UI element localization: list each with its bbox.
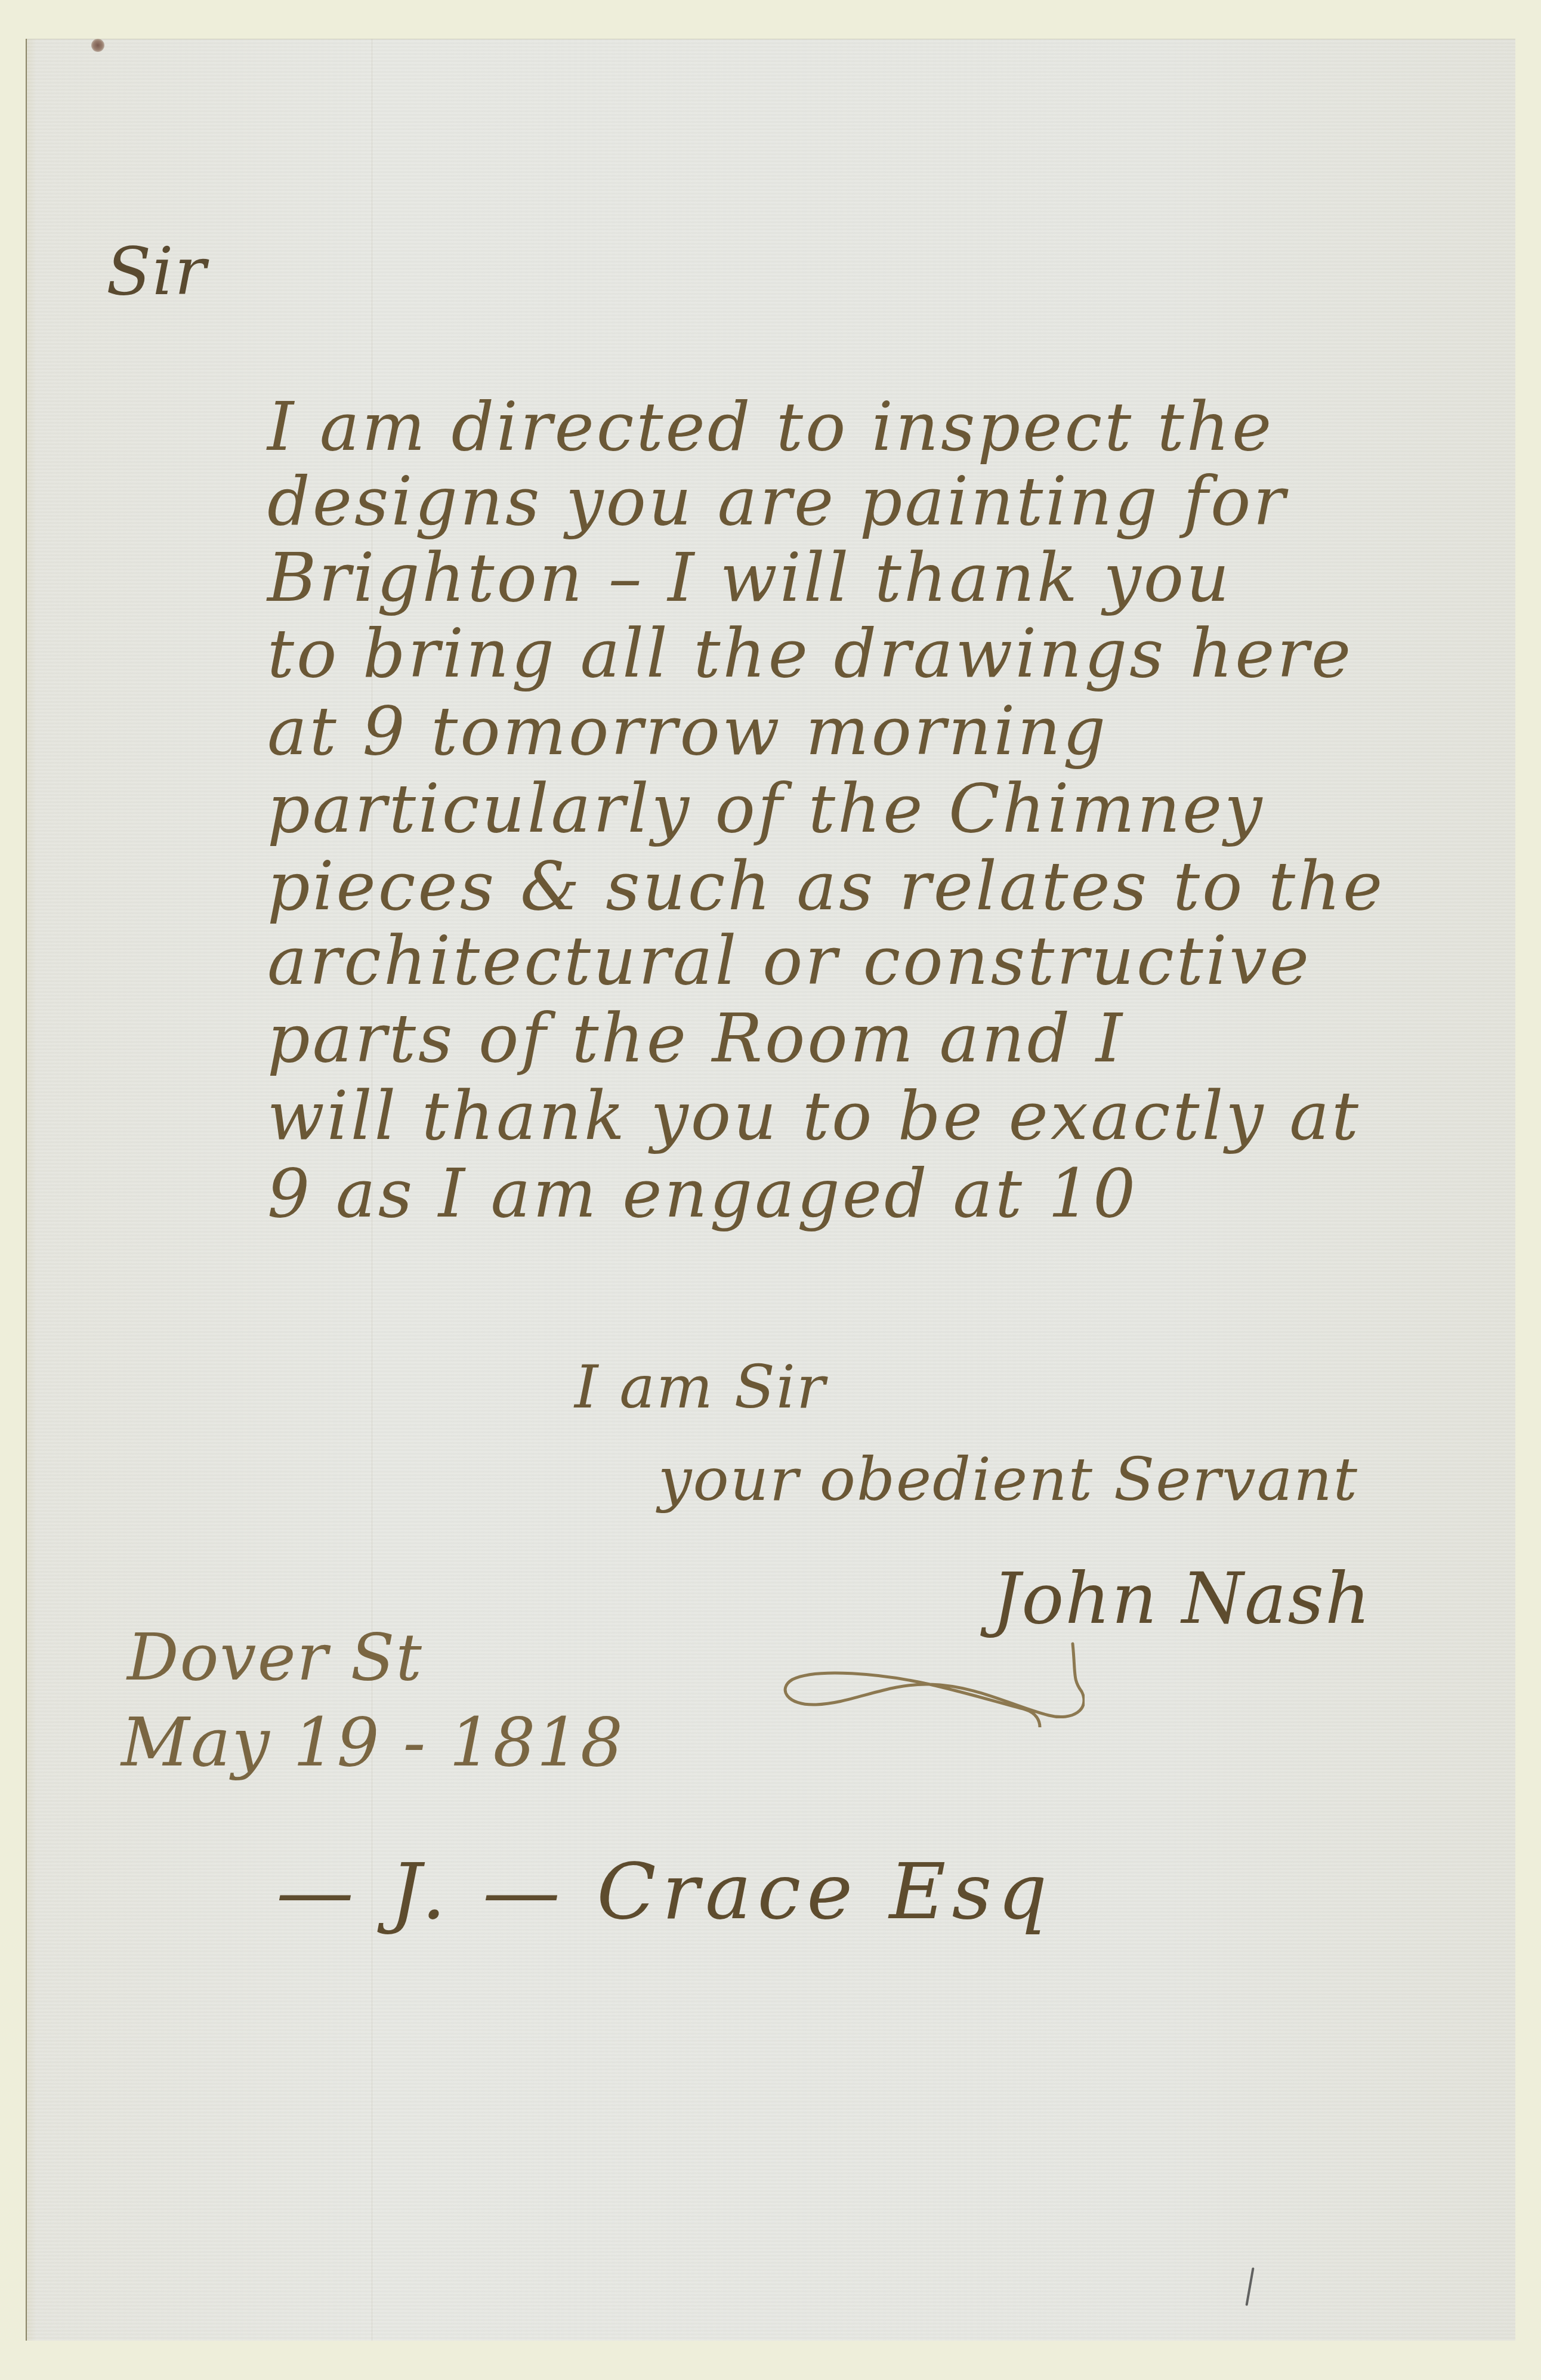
complimentary-close: your obedient Servant (658, 1450, 1358, 1510)
body-line-5: at 9 tomorrow morning (267, 698, 1108, 765)
body-line-7: pieces & such as relates to the (267, 853, 1385, 920)
body-line-11: 9 as I am engaged at 10 (267, 1160, 1138, 1227)
addressee: — J. — Crace Esq (276, 1853, 1053, 1930)
ink-stain-mark (91, 39, 104, 52)
salutation: Sir (106, 239, 207, 304)
place-of-writing: Dover St (127, 1626, 423, 1690)
body-line-2: designs you are painting for (267, 468, 1287, 535)
letter-date: May 19 - 1818 (121, 1709, 624, 1776)
letter-paper: Sir I am directed to inspect the designs… (26, 39, 1515, 2341)
body-line-8: architectural or constructive (267, 928, 1311, 995)
body-line-4: to bring all the drawings here (267, 621, 1353, 687)
body-line-1: I am directed to inspect the (267, 394, 1274, 461)
signature: John Nash (992, 1563, 1372, 1634)
signature-flourish-icon (774, 1638, 1085, 1727)
body-line-10: will thank you to be exactly at (267, 1083, 1361, 1150)
body-line-3: Brighton – I will thank you (267, 545, 1231, 612)
pencil-mark (1245, 2267, 1254, 2306)
closing-line: I am Sir (575, 1357, 826, 1417)
body-line-6: particularly of the Chimney (267, 776, 1265, 842)
body-line-9: parts of the Room and I (267, 1005, 1125, 1072)
